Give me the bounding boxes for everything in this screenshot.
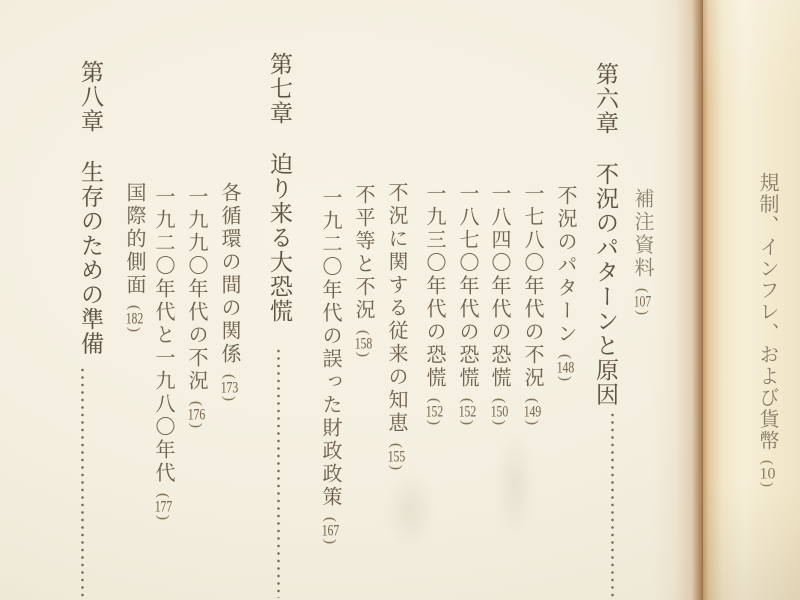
page-number: 167 [322, 517, 338, 545]
toc-entry-title: 一八七〇年代の恐慌 [456, 183, 478, 390]
toc-entry-title: 一九二〇年代の誤った財政政策 [319, 187, 341, 509]
page-number: 107 [634, 288, 650, 316]
chapter-title: 迫り来る大恐慌 [267, 152, 292, 324]
page-number: 155 [388, 443, 404, 471]
dotted-leader [611, 412, 614, 598]
recto-toc-fragment: 規制、インフレ、および貨幣10 [757, 172, 777, 488]
toc-entry: 一九三〇年代の恐慌152 [424, 183, 444, 426]
chapter-number: 第七章 [267, 52, 292, 126]
show-through-smudge [495, 430, 535, 540]
toc-entry: 一九二〇年代と一九八〇年代177 [153, 186, 173, 521]
dotted-leader [277, 348, 280, 598]
toc-entry-title: 一九二〇年代と一九八〇年代 [152, 186, 174, 485]
toc-entry-title: 各循環の間の関係 [218, 182, 240, 366]
page-number: 152 [426, 398, 442, 426]
toc-entry: 一八四〇年代の恐慌150 [489, 183, 509, 426]
chapter-column-7: 第七章迫り来る大恐慌 [268, 52, 291, 323]
recto-entry-title: 規制、インフレ、および貨幣 [756, 172, 778, 452]
page-number: 150 [491, 398, 507, 426]
toc-entry-title: 一八四〇年代の恐慌 [488, 183, 510, 390]
toc-entry-title: 国際的側面 [123, 182, 145, 297]
right-page-edge [703, 0, 800, 600]
toc-entry-title: 補注資料 [631, 188, 653, 280]
chapter-number: 第八章 [78, 60, 103, 134]
toc-entry-title: 一九九〇年代の不況 [185, 186, 207, 393]
toc-entry: 国際的側面182 [124, 182, 144, 333]
right-page-shading [703, 0, 800, 600]
toc-entry: 不平等と不況158 [353, 184, 373, 358]
toc-entry-title: 一九三〇年代の恐慌 [423, 183, 445, 390]
page-number: 149 [524, 398, 540, 426]
toc-entry: 一八七〇年代の恐慌152 [457, 183, 477, 426]
toc-entry: 不況に関する従来の知恵155 [386, 182, 406, 471]
chapter-column-6: 第六章不況のパターンと原因 [594, 62, 617, 407]
book-gutter [652, 0, 703, 600]
chapter-column-8: 第八章生存のための準備 [79, 60, 102, 356]
page-number: 177 [155, 493, 171, 521]
page-number: 158 [355, 330, 371, 358]
dotted-leader [81, 367, 84, 598]
page-number: 173 [221, 374, 237, 402]
page-number: 176 [188, 401, 204, 429]
chapter-title: 生存のための準備 [78, 160, 103, 356]
chapter-number: 第六章 [593, 62, 618, 136]
toc-entry: 一九九〇年代の不況176 [186, 186, 206, 429]
page-number: 152 [459, 398, 475, 426]
page-number: 10 [759, 460, 775, 488]
page-number: 182 [126, 305, 142, 333]
page-number: 148 [557, 354, 573, 382]
toc-entry: 補注資料107 [632, 188, 652, 316]
toc-entry-title: 不平等と不況 [352, 184, 374, 322]
toc-entry-title: 不況に関する従来の知恵 [385, 182, 407, 435]
toc-entry: 一九二〇年代の誤った財政政策167 [320, 187, 340, 545]
show-through-smudge [385, 470, 435, 550]
toc-entry: 不況のパターン148 [555, 185, 575, 382]
toc-entry-title: 一七八〇年代の不況 [521, 183, 543, 390]
toc-entry: 各循環の間の関係173 [219, 182, 239, 402]
toc-entry-title: 不況のパターン [554, 185, 576, 346]
chapter-title: 不況のパターンと原因 [593, 162, 618, 407]
toc-entry: 一七八〇年代の不況149 [522, 183, 542, 426]
